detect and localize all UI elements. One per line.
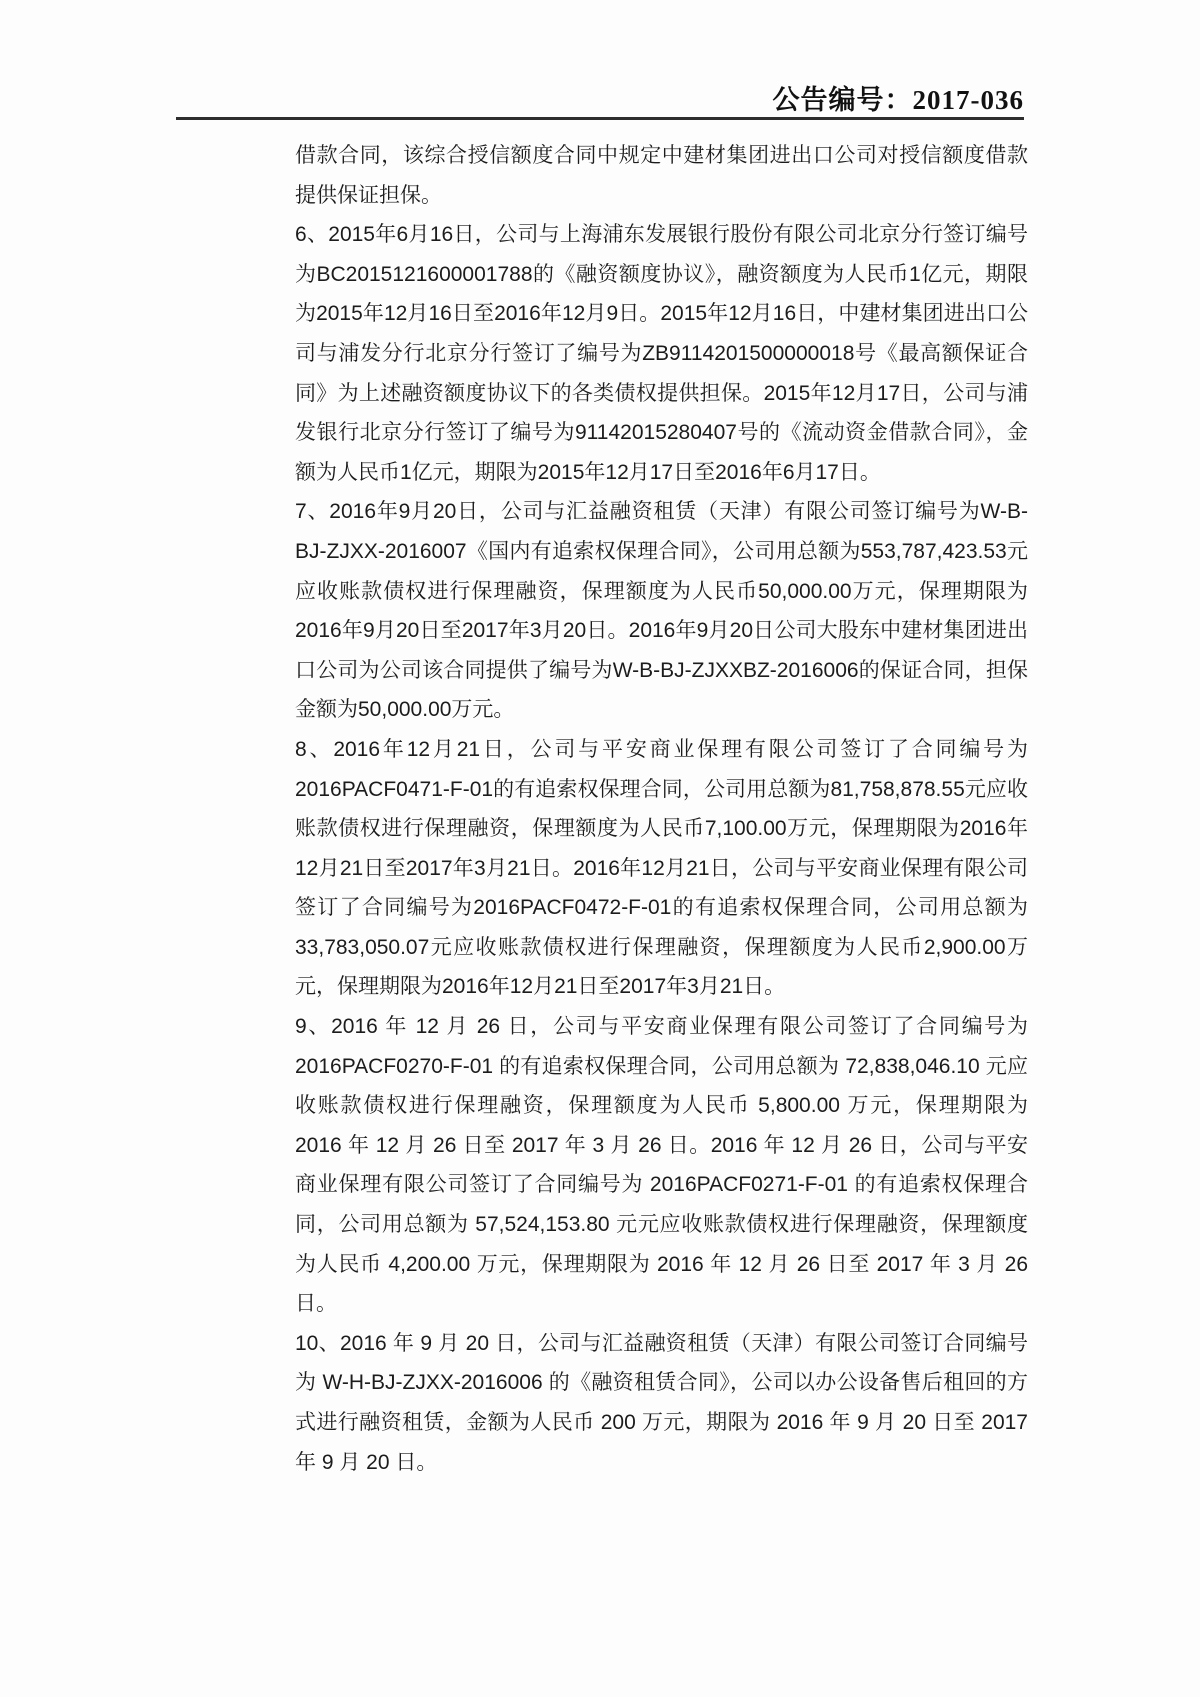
document-body: 借款合同，该综合授信额度合同中规定中建材集团进出口公司对授信额度借款提供保证担保… [295,136,1028,1482]
paragraph-item-8: 8、2016年12月21日，公司与平安商业保理有限公司签订了合同编号为2016P… [295,730,1028,1007]
paragraph-item-6: 6、2015年6月16日，公司与上海浦东发展银行股份有限公司北京分行签订编号为B… [295,215,1028,492]
paragraph-item-10: 10、2016 年 9 月 20 日，公司与汇益融资租赁（天津）有限公司签订合同… [295,1324,1028,1482]
paragraph-continuation: 借款合同，该综合授信额度合同中规定中建材集团进出口公司对授信额度借款提供保证担保… [295,136,1028,215]
paragraph-item-7: 7、2016年9月20日，公司与汇益融资租赁（天津）有限公司签订编号为W-B-B… [295,492,1028,730]
document-page: 公告编号：2017-036 借款合同，该综合授信额度合同中规定中建材集团进出口公… [0,0,1200,1697]
header-rule [176,117,1024,120]
announcement-number: 公告编号：2017-036 [773,78,1025,117]
paragraph-item-9: 9、2016 年 12 月 26 日，公司与平安商业保理有限公司签订了合同编号为… [295,1007,1028,1324]
